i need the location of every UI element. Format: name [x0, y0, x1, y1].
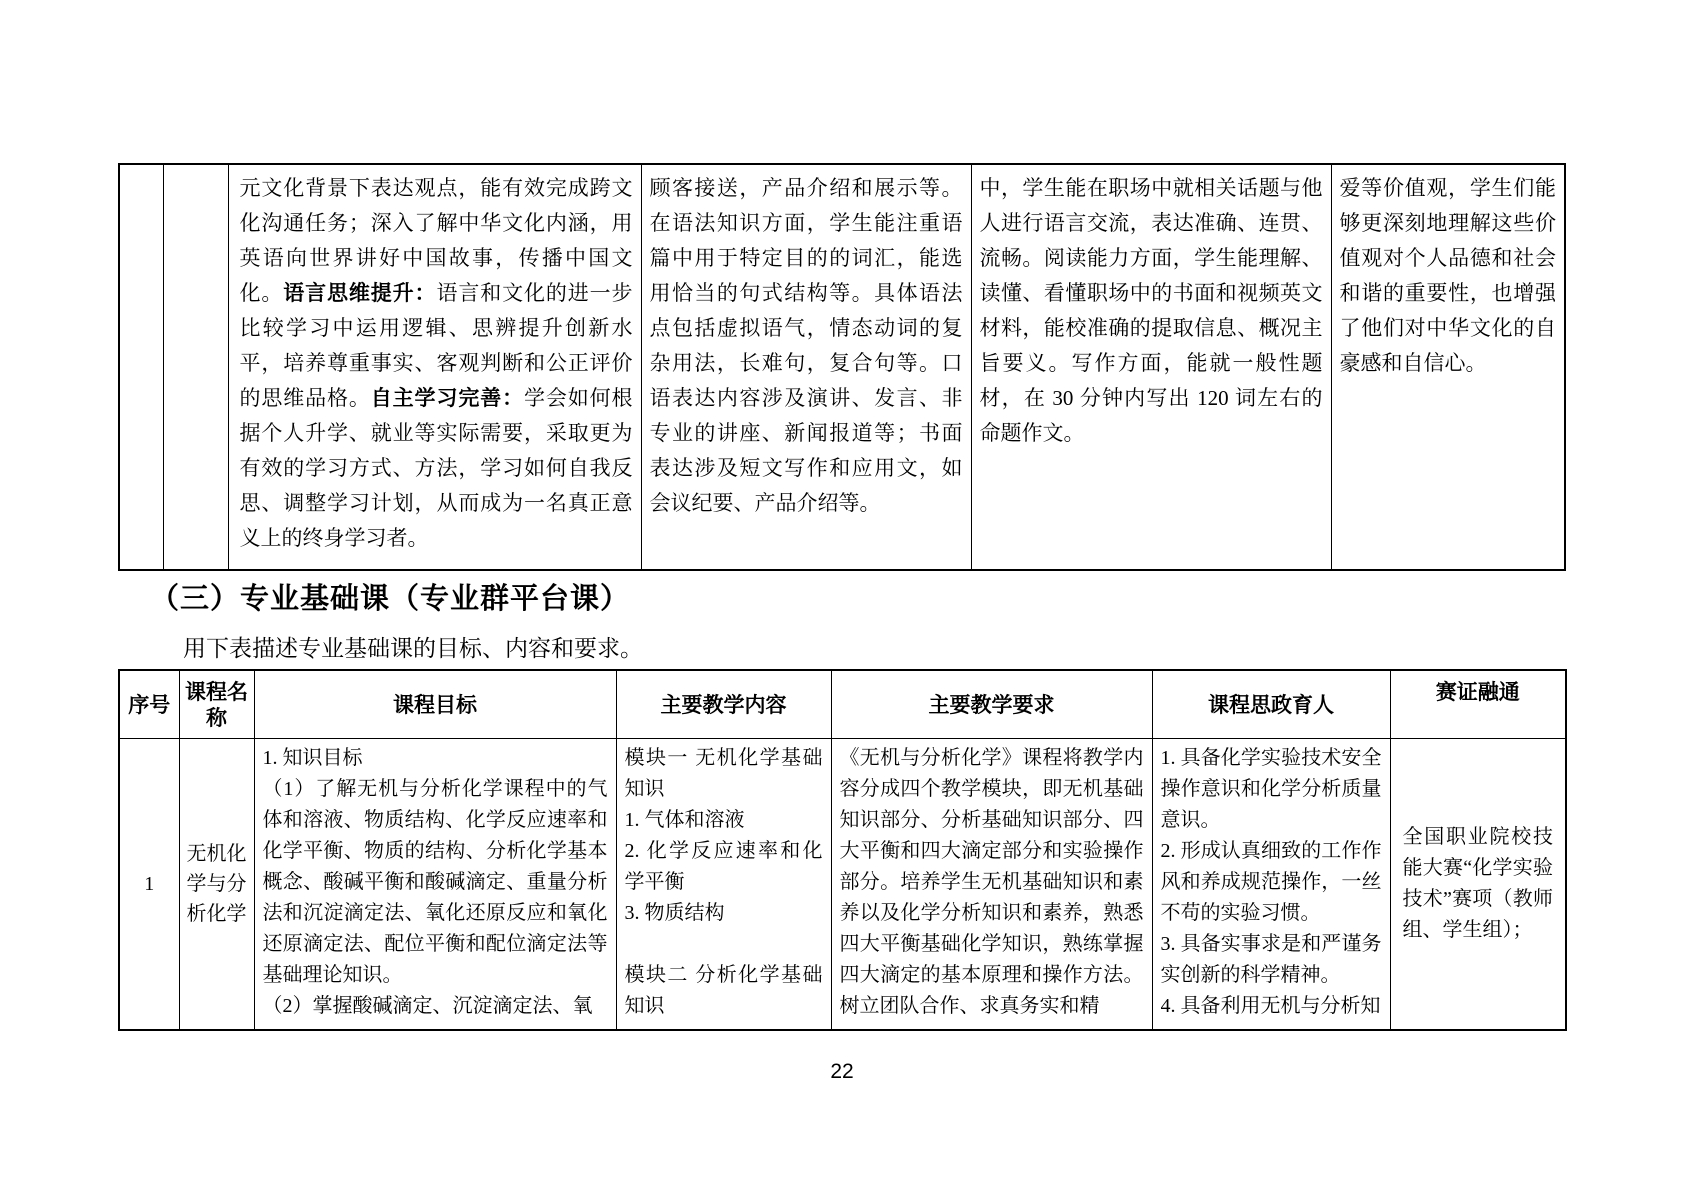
cell-ideology-cont: 爱等价值观，学生们能够更深刻地理解这些价值观对个人品德和社会和谐的重要性，也增强… — [1331, 164, 1565, 570]
cell-teaching-requirements-cont: 中，学生能在职场中就相关话题与他人进行语言交流，表达准确、连贯、流畅。阅读能力方… — [971, 164, 1331, 570]
objectives-bold-phrase: 语言思维提升： — [283, 281, 436, 305]
cell-content: 模块一 无机化学基础知识 1. 气体和溶液 2. 化学反应速率和化学平衡 3. … — [616, 739, 831, 1031]
cell-teaching-content-cont: 顾客接送，产品介绍和展示等。在语法知识方面，学生能注重语篇中用于特定目的的词汇，… — [641, 164, 971, 570]
table-header-row: 序号 课程名称 课程目标 主要教学内容 主要教学要求 课程思政育人 赛证融通 — [119, 670, 1566, 739]
cell-empty-index — [119, 164, 163, 570]
header-competition: 赛证融通 — [1390, 670, 1566, 739]
header-ideology: 课程思政育人 — [1152, 670, 1390, 739]
continuation-table: 元文化背景下表达观点，能有效完成跨文化沟通任务；深入了解中华文化内涵，用英语向世… — [118, 163, 1566, 571]
cell-course-name: 无机化学与分析化学 — [179, 739, 254, 1031]
objectives-bold-phrase: 自主学习完善： — [371, 386, 524, 410]
cell-ideology: 1. 具备化学实验技术安全操作意识和化学分析质量意识。 2. 形成认真细致的工作… — [1152, 739, 1390, 1031]
header-index: 序号 — [119, 670, 179, 739]
table-row: 元文化背景下表达观点，能有效完成跨文化沟通任务；深入了解中华文化内涵，用英语向世… — [119, 164, 1565, 570]
cell-requirements: 《无机与分析化学》课程将教学内容分成四个教学模块，即无机基础知识部分、分析基础知… — [831, 739, 1152, 1031]
course-table: 序号 课程名称 课程目标 主要教学内容 主要教学要求 课程思政育人 赛证融通 1… — [118, 669, 1567, 1031]
page-number: 22 — [0, 1060, 1684, 1084]
header-requirements: 主要教学要求 — [831, 670, 1152, 739]
document-page: 元文化背景下表达观点，能有效完成跨文化沟通任务；深入了解中华文化内涵，用英语向世… — [0, 0, 1684, 1191]
intro-text: 用下表描述专业基础课的目标、内容和要求。 — [183, 630, 643, 663]
cell-competition: 全国职业院校技能大赛“化学实验技术”赛项（教师组、学生组）； — [1390, 739, 1566, 1031]
cell-empty-name — [163, 164, 228, 570]
header-content: 主要教学内容 — [616, 670, 831, 739]
table-row: 1 无机化学与分析化学 1. 知识目标 （1）了解无机与分析化学课程中的气体和溶… — [119, 739, 1566, 1031]
cell-index: 1 — [119, 739, 179, 1031]
cell-course-objectives-cont: 元文化背景下表达观点，能有效完成跨文化沟通任务；深入了解中华文化内涵，用英语向世… — [228, 164, 641, 570]
cell-objectives: 1. 知识目标 （1）了解无机与分析化学课程中的气体和溶液、物质结构、化学反应速… — [254, 739, 616, 1031]
section-heading: （三）专业基础课（专业群平台课） — [150, 576, 630, 617]
header-course-name: 课程名称 — [179, 670, 254, 739]
header-objectives: 课程目标 — [254, 670, 616, 739]
objectives-text: 学会如何根据个人升学、就业等实际需要，采取更为有效的学习方式、方法，学习如何自我… — [240, 386, 633, 550]
